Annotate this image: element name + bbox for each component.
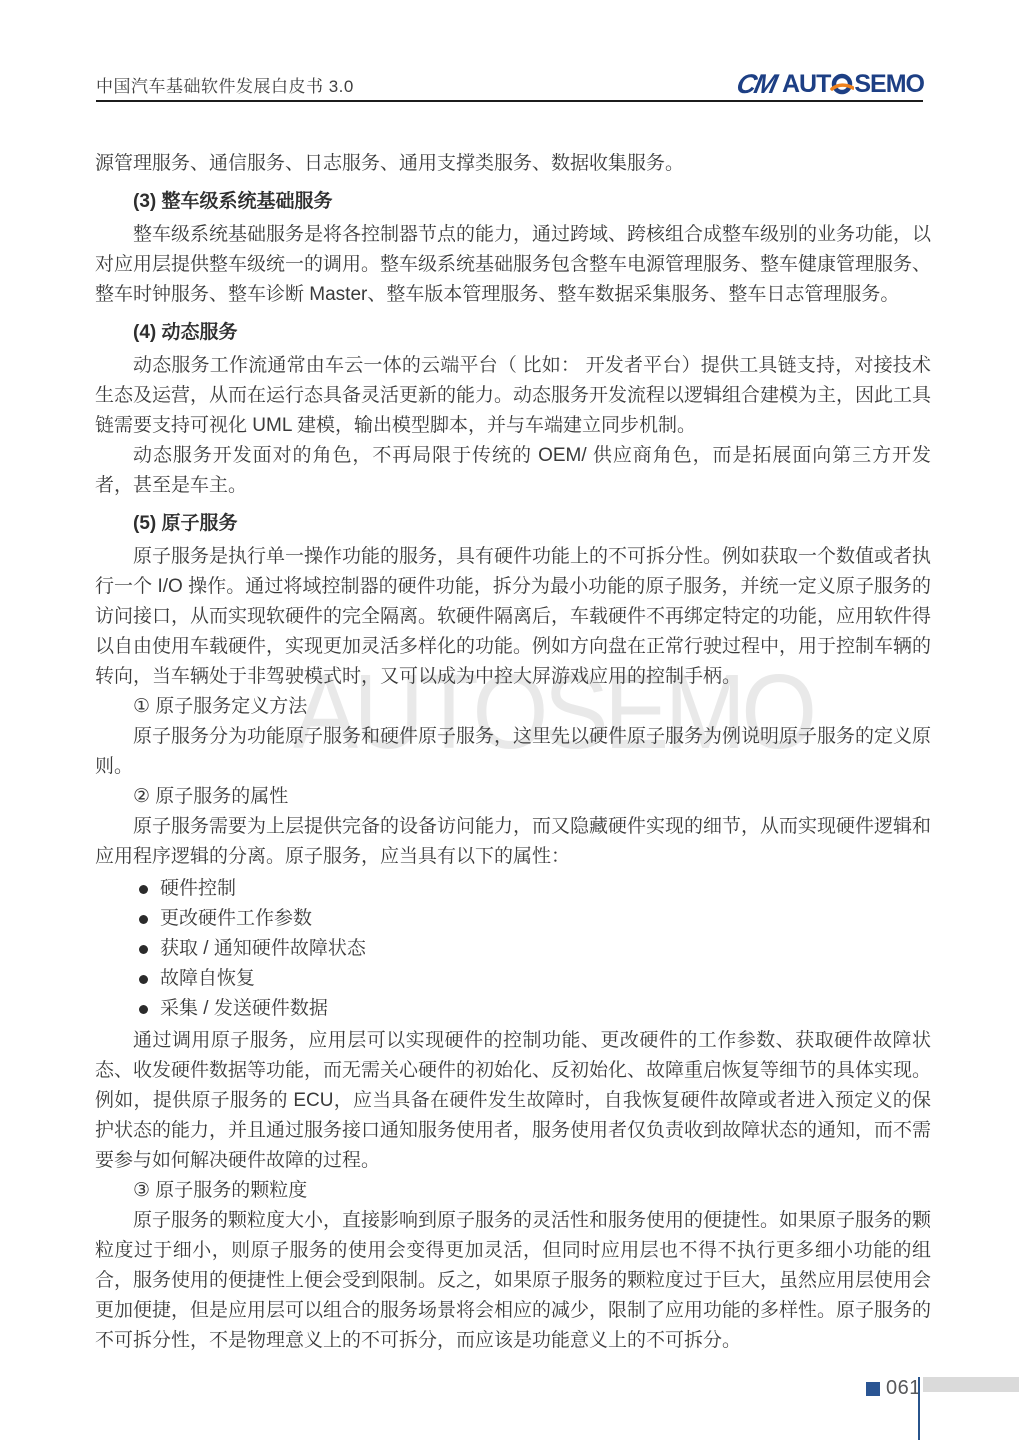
autosemo-logo: CM AUT SEMO: [737, 69, 924, 100]
document-header-title: 中国汽车基础软件发展白皮书 3.0: [96, 72, 354, 97]
logo-text-aut: AUT: [782, 70, 830, 99]
page-number: 061: [886, 1377, 921, 1400]
list-item: 采集 / 发送硬件数据: [139, 994, 931, 1024]
logo-cm-mark: CM: [734, 69, 779, 100]
body-paragraph: 源管理服务、通信服务、日志服务、通用支撑类服务、数据收集服务。: [95, 149, 931, 179]
body-paragraph: 整车级系统基础服务是将各控制器节点的能力，通过跨域、跨核组合成整车级别的业务功能…: [95, 220, 931, 310]
footer-vertical-rule: [918, 1377, 920, 1440]
attribute-bullet-list: 硬件控制 更改硬件工作参数 获取 / 通知硬件故障状态 故障自恢复 采集 / 发…: [95, 874, 931, 1024]
bullet-icon: [139, 975, 148, 984]
list-item: 硬件控制: [139, 874, 931, 904]
list-item-label: 获取 / 通知硬件故障状态: [160, 938, 366, 959]
footer-page-marker: 061: [866, 1377, 921, 1400]
section-heading: (3) 整车级系统基础服务: [95, 187, 931, 217]
document-body: 源管理服务、通信服务、日志服务、通用支撑类服务、数据收集服务。 (3) 整车级系…: [95, 149, 931, 1356]
list-item-label: 硬件控制: [160, 878, 236, 899]
list-item-label: 采集 / 发送硬件数据: [160, 998, 328, 1019]
footer-gray-bar: [923, 1377, 1019, 1392]
header-divider-rule: [96, 100, 923, 102]
numbered-subheading: ② 原子服务的属性: [95, 782, 931, 812]
logo-o-globe-icon: [830, 73, 854, 97]
bullet-icon: [139, 885, 148, 894]
numbered-subheading: ③ 原子服务的颗粒度: [95, 1176, 931, 1206]
body-paragraph: 动态服务工作流通常由车云一体的云端平台（ 比如： 开发者平台）提供工具链支持，对…: [95, 351, 931, 441]
list-item: 获取 / 通知硬件故障状态: [139, 934, 931, 964]
list-item-label: 更改硬件工作参数: [160, 908, 312, 929]
logo-text-semo: SEMO: [854, 70, 924, 99]
bullet-icon: [139, 915, 148, 924]
section-heading: (4) 动态服务: [95, 318, 931, 348]
body-paragraph: 原子服务需要为上层提供完备的设备访问能力，而又隐藏硬件实现的细节，从而实现硬件逻…: [95, 812, 931, 872]
section-heading: (5) 原子服务: [95, 509, 931, 539]
list-item-label: 故障自恢复: [160, 968, 255, 989]
numbered-subheading: ① 原子服务定义方法: [95, 692, 931, 722]
body-paragraph: 原子服务的颗粒度大小，直接影响到原子服务的灵活性和服务使用的便捷性。如果原子服务…: [95, 1206, 931, 1356]
body-paragraph: 原子服务是执行单一操作功能的服务，具有硬件功能上的不可拆分性。例如获取一个数值或…: [95, 542, 931, 692]
list-item: 更改硬件工作参数: [139, 904, 931, 934]
body-paragraph: 通过调用原子服务，应用层可以实现硬件的控制功能、更改硬件的工作参数、获取硬件故障…: [95, 1026, 931, 1176]
bullet-icon: [139, 1005, 148, 1014]
body-paragraph: 原子服务分为功能原子服务和硬件原子服务，这里先以硬件原子服务为例说明原子服务的定…: [95, 722, 931, 782]
bullet-icon: [139, 945, 148, 954]
body-paragraph: 动态服务开发面对的角色，不再局限于传统的 OEM/ 供应商角色，而是拓展面向第三…: [95, 441, 931, 501]
logo-wordmark: AUT SEMO: [782, 70, 924, 99]
list-item: 故障自恢复: [139, 964, 931, 994]
page-number-square-icon: [866, 1382, 880, 1396]
document-page: 中国汽车基础软件发展白皮书 3.0 CM AUT SEMO AUTOSEMO 源…: [0, 0, 1019, 1440]
